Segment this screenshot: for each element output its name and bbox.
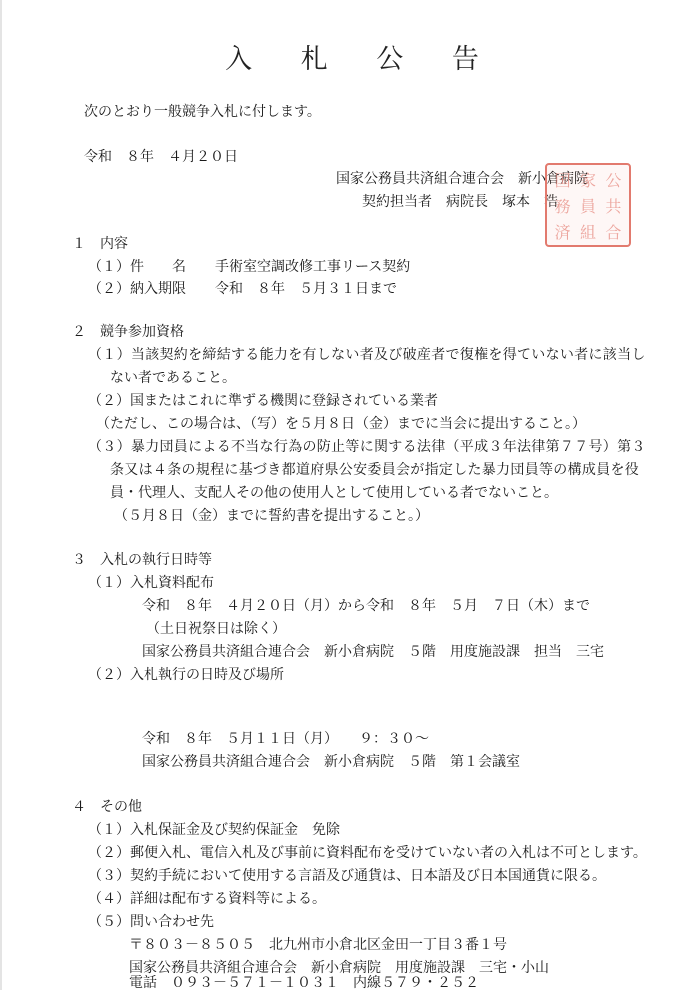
section-1-heading: １ 内容 — [72, 237, 128, 251]
contact-department: 国家公務員共済組合連合会 新小倉病院 用度施設課 三宅・小山 — [129, 961, 549, 975]
contact-address: 〒８０３－８５０５ 北九州市小倉北区金田一丁目３番１号 — [129, 938, 507, 952]
seal-char: 合 — [602, 221, 625, 245]
seal-char: 公 — [602, 169, 625, 193]
seal-char: 務 — [551, 195, 574, 219]
seal-char: 国 — [551, 169, 574, 193]
seal-char: 員 — [576, 195, 599, 219]
seal-char: 共 — [602, 195, 625, 219]
section-4-heading: ４ その他 — [72, 800, 142, 814]
section-4-line: （４）詳細は配布する資料等による。 — [88, 892, 326, 906]
section-3-line: （土日祝祭日は除く） — [146, 622, 286, 636]
bid-notice-document: 入 札 公 告 次のとおり一般競争入札に付します。 令和 ８年 ４月２０日 国家… — [0, 0, 700, 990]
section-2-line: （５月８日（金）までに誓約書を提出すること。） — [114, 509, 429, 523]
section-2-line: （３）暴力団員による不当な行為の防止等に関する法律（平成３年法律第７７号）第３ — [88, 440, 646, 454]
section-3-line: 国家公務員共済組合連合会 新小倉病院 ５階 第１会議室 — [142, 755, 520, 769]
section-2-line: ない者であること。 — [110, 371, 236, 385]
item-value: 令和 ８年 ５月３１日まで — [215, 282, 397, 296]
intro-text: 次のとおり一般競争入札に付します。 — [84, 105, 321, 119]
section-2-line: （２）国またはこれに準ずる機関に登録されている業者 — [88, 394, 438, 408]
section-4-line: （３）契約手続において使用する言語及び通貨は、日本語及び日本国通貨に限る。 — [88, 869, 606, 883]
section-3-line: （１）入札資料配布 — [88, 576, 214, 590]
item-value: 手術室空調改修工事リース契約 — [215, 260, 410, 274]
section-4-line: （１）入札保証金及び契約保証金 免除 — [88, 823, 340, 837]
section-2-line: 条又は４条の規程に基づき都道府県公安委員会が指定した暴力団員等の構成員を役 — [110, 463, 639, 477]
seal-char: 済 — [551, 221, 574, 245]
document-title: 入 札 公 告 — [2, 46, 700, 73]
seal-char: 組 — [576, 221, 599, 245]
section-3-heading: ３ 入札の執行日時等 — [72, 553, 212, 567]
seal-char: 家 — [576, 169, 599, 193]
section-3-line: 国家公務員共済組合連合会 新小倉病院 ５階 用度施設課 担当 三宅 — [142, 645, 604, 659]
section-2-line: （１）当該契約を締結する能力を有しない者及び破産者で復権を得ていない者に該当し — [88, 348, 646, 362]
section-4-line: （５）問い合わせ先 — [88, 915, 214, 929]
section-4-line: （２）郵便入札、電信入札及び事前に資料配布を受けていない者の入札は不可とします。 — [88, 846, 647, 860]
issuer-signer: 契約担当者 病院長 塚本 浩 — [362, 195, 558, 209]
section-3-line: 令和 ８年 ４月２０日（月）から令和 ８年 ５月 ７日（木）まで — [142, 599, 590, 613]
official-seal-icon: 国 家 公 務 員 共 済 組 合 — [545, 163, 631, 247]
notice-date: 令和 ８年 ４月２０日 — [84, 150, 238, 164]
item-label: （２）納入期限 — [88, 282, 186, 296]
section-2-line: （ただし、この場合は、（写）を５月８日（金）までに当会に提出すること。） — [96, 417, 586, 431]
section-2-line: 員・代理人、支配人その他の使用人として使用している者でないこと。 — [110, 486, 558, 500]
section-3-line: 令和 ８年 ５月１１日（月） ９：３０～ — [142, 732, 429, 746]
section-2-heading: ２ 競争参加資格 — [72, 325, 184, 339]
section-3-line: （２）入札執行の日時及び場所 — [88, 668, 284, 682]
item-label: （１）件 名 — [88, 260, 186, 274]
contact-phone: 電話 ０９３－５７１－１０３１ 内線５７９・２５２ — [129, 976, 479, 990]
